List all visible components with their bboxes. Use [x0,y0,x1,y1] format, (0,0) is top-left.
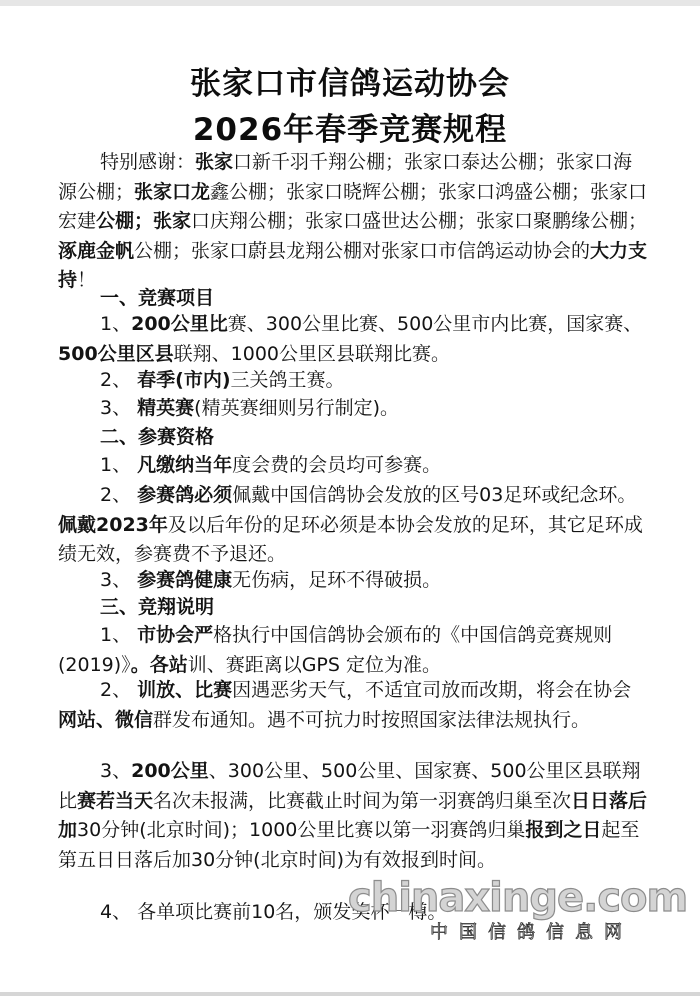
item-part: 3、 [100,569,137,591]
item-part: 佩戴中国信鸽协会发放的区号03足环或纪念环。 [232,484,636,506]
document-title-line2: 2026年春季竞赛规程 [0,104,700,149]
item-part: 2、 [100,369,137,391]
item-part: 30分钟(北京时间)；1000公里比赛以第一羽赛鸽归巢 [77,819,525,841]
item-part: 训放、比赛 [137,679,232,701]
item-part: 4、 各单项比赛前10名， [100,901,313,923]
ack-part: 口庆翔公棚；张家口盛世达公棚；张家口聚鹏缘公棚； [191,210,647,232]
section3-item1: 1、 市协会严格执行中国信鸽协会颁布的《中国信鸽竞赛规则(2019)》。各站训、… [58,621,648,680]
section-heading-eligibility: 二、参赛资格 [100,423,214,452]
item-part: 网站、微信 [58,709,153,731]
item-part: 名次未报满，比赛截止时间为第一羽赛鸽归巢至次 [153,790,571,812]
section1-item3: 3、 精英赛(精英赛细则另行制定)。 [58,394,648,424]
acknowledgement-paragraph: 特别感谢：张家口新千羽千翔公棚；张家口泰达公棚；张家口海源公棚；张家口龙鑫公棚；… [58,148,648,296]
item-part: 报到之日 [525,819,601,841]
section2-item1: 1、 凡缴纳当年度会费的会员均可参赛。 [58,451,648,481]
ack-part: 公棚；张家 [96,210,191,232]
section2-item2: 2、 参赛鸽必须佩戴中国信鸽协会发放的区号03足环或纪念环。佩戴2023年及以后… [58,481,648,570]
item-part: 精英赛 [137,397,194,419]
item-part: 参赛鸽健康 [137,569,232,591]
item-part: 佩戴2023年 [58,514,168,536]
item-part: (精英赛细则另行制定)。 [194,397,399,419]
item-part: 市协会严 [137,624,213,646]
section3-item3: 3、200公里、300公里、500公里、国家赛、500公里区县联翔比赛若当天名次… [58,757,648,875]
ack-part: ！ [77,269,96,291]
item-part: 1、 [100,454,137,476]
document-title-line1: 张家口市信鸽运动协会 [0,58,700,103]
item-part: 联翔、1000公里区县联翔比赛。 [174,343,450,365]
item-part: 度会费的会员均可参赛。 [232,454,441,476]
item-part: 2、 [100,679,137,701]
item-part: 凡缴纳当年 [137,454,232,476]
section3-item2: 2、 训放、比赛因遇恶劣天气，不适宜司放而改期，将会在协会网站、微信群发布通知。… [58,676,648,735]
section1-item2: 2、 春季(市内)三关鸽王赛。 [58,366,648,396]
item-part: 因遇恶劣天气，不适宜司放而改期，将会在协会 [232,679,631,701]
section-heading-race-notes: 三、竞翔说明 [100,593,214,622]
item-part: 参赛鸽必须 [137,484,232,506]
watermark-site-name: 中国信鸽信息网 [430,921,633,945]
item-part: 1、 [100,624,137,646]
item-part: 200公里比 [131,313,228,335]
item-part: 训、赛距离以GPS 定位为准。 [188,654,441,676]
item-part: 赛若当天 [77,790,153,812]
item-part: 200公里 [131,760,209,782]
watermark-logo: chinaxinge.com [348,878,687,918]
item-part: 2、 [100,484,137,506]
item-part: 3、 [100,397,137,419]
item-part: 。各站 [131,654,188,676]
item-part: 群发布通知。遇不可抗力时按照国家法律法规执行。 [153,709,590,731]
item-part: 1、 [100,313,131,335]
section2-item3: 3、 参赛鸽健康无伤病，足环不得破损。 [58,566,648,596]
item-part: 三关鸽王赛。 [231,369,345,391]
section1-item1: 1、200公里比赛、300公里比赛、500公里市内比赛，国家赛、500公里区县联… [58,310,648,369]
acknowledgement-lead: 特别感谢： [100,151,195,173]
ack-part: 涿鹿金帆 [58,240,134,262]
document-page: 张家口市信鸽运动协会 2026年春季竞赛规程 特别感谢：张家口新千羽千翔公棚；张… [0,0,700,996]
item-part: 500公里区县 [58,343,174,365]
ack-part: 公棚；张家口蔚县龙翔公棚对张家口市信鸽运动协会的 [134,240,590,262]
item-part: 赛、300公里比赛、500公里市内比赛，国家赛、 [228,313,643,335]
item-part: 春季(市内) [137,369,230,391]
item-part: 3、 [100,760,131,782]
scan-bottom-edge [0,992,700,996]
section-heading-competition-items: 一、竞赛项目 [100,284,214,313]
ack-part: 张家 [195,151,233,173]
ack-part: 张家口龙 [134,181,210,203]
item-part: 无伤病，足环不得破损。 [232,569,441,591]
